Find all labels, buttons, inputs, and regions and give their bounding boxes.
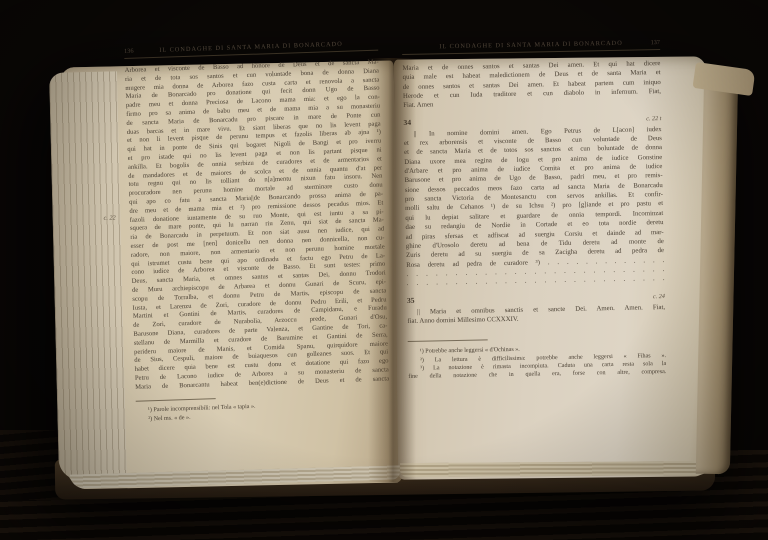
folio-note-left: c. 22 [104, 214, 116, 221]
left-page-number: 136 [124, 47, 150, 55]
left-page-header: 136 IL CONDAGHE DI SANTA MARIA DI BONARC… [124, 40, 378, 59]
section-34-body: || In nomine domini amen. Ego Petrus de … [404, 125, 665, 289]
section-35-body: || Maria et omnibus sanctis et sancte De… [407, 303, 665, 327]
right-page-number: 137 [634, 39, 660, 46]
section-number: 34 [403, 118, 411, 127]
footnote-separator-right [408, 340, 488, 343]
section-35: 35 c. 24 || Maria et omnibus sanctis et … [407, 291, 666, 327]
footnote-separator-left [136, 399, 216, 403]
running-title-left: IL CONDAGHE DI SANTA MARIA DI BONARCADO [150, 40, 352, 54]
header-spacer [352, 45, 378, 46]
right-page-text: IL CONDAGHE DI SANTA MARIA DI BONARCADO … [402, 39, 666, 382]
left-page-edge-stack [49, 71, 127, 481]
section-number: 35 [407, 295, 415, 304]
right-page-continuation: Maria et de onnes santos et santas Dei a… [402, 59, 661, 111]
right-page-header: IL CONDAGHE DI SANTA MARIA DI BONARCADO … [402, 39, 660, 55]
right-page-bottom-edges [400, 461, 712, 477]
right-fore-edge [696, 72, 738, 475]
folio-note: c. 22 t [646, 115, 661, 122]
running-title-right: IL CONDAGHE DI SANTA MARIA DI BONARCADO [428, 40, 634, 51]
section-34: 34 c. 22 t || In nomine domini amen. Ego… [403, 113, 664, 289]
folio-note: c. 24 [653, 293, 665, 300]
left-page-text: 136 IL CONDAGHE DI SANTA MARIA DI BONARC… [124, 40, 390, 425]
book-photo: { "colors": { "background": "#0b0806", "… [0, 0, 768, 540]
right-page-footnotes: ¹) Potrebbe anche leggersi « d'Ochinas »… [408, 343, 667, 382]
left-page-body: Arborea et visconte de Basso ad honore d… [125, 59, 390, 393]
